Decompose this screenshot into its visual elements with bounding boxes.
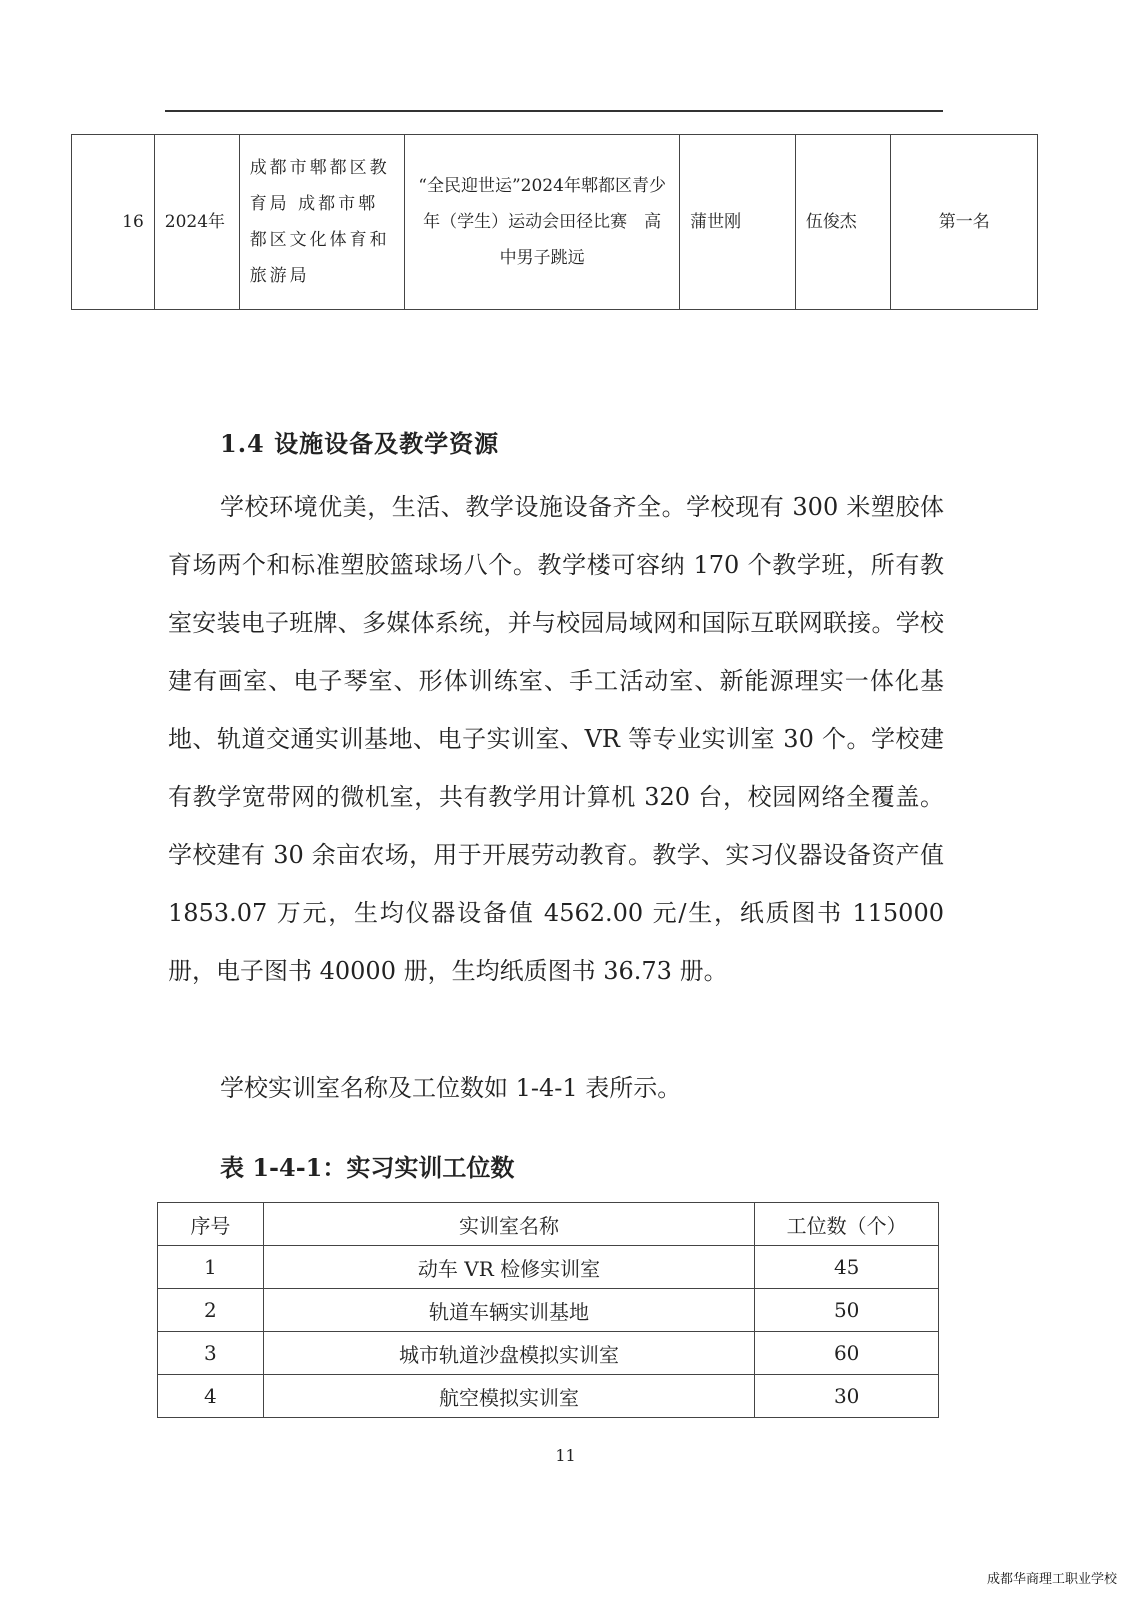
award-student: 伍俊杰 xyxy=(795,135,891,310)
footer-school-name: 成都华商理工职业学校 xyxy=(987,1568,1117,1587)
lab-count: 60 xyxy=(755,1332,939,1375)
table-caption: 表 1-4-1：实习实训工位数 xyxy=(220,1148,514,1183)
table-row: 4 航空模拟实训室 30 xyxy=(158,1375,939,1418)
lab-name: 动车 VR 检修实训室 xyxy=(263,1246,755,1289)
header-count: 工位数（个） xyxy=(755,1203,939,1246)
header-no: 序号 xyxy=(158,1203,264,1246)
award-no: 16 xyxy=(72,135,155,310)
lab-no: 1 xyxy=(158,1246,264,1289)
award-table: 16 2024年 成都市郫都区教育局 成都市郫都区文化体育和旅游局 “全民迎世运… xyxy=(71,134,1038,310)
facilities-paragraph: 学校环境优美，生活、教学设施设备齐全。学校现有 300 米塑胶体育场两个和标准塑… xyxy=(168,478,944,1000)
lab-table: 序号 实训室名称 工位数（个） 1 动车 VR 检修实训室 45 2 轨道车辆实… xyxy=(157,1202,939,1418)
lab-count: 50 xyxy=(755,1289,939,1332)
table-row: 1 动车 VR 检修实训室 45 xyxy=(158,1246,939,1289)
award-year: 2024年 xyxy=(154,135,239,310)
section-title: 1.4 设施设备及教学资源 xyxy=(220,424,499,459)
lab-no: 2 xyxy=(158,1289,264,1332)
page-number: 11 xyxy=(0,1446,1131,1465)
lab-count: 45 xyxy=(755,1246,939,1289)
lab-no: 3 xyxy=(158,1332,264,1375)
table-row: 2 轨道车辆实训基地 50 xyxy=(158,1289,939,1332)
header-name: 实训室名称 xyxy=(263,1203,755,1246)
lab-name: 航空模拟实训室 xyxy=(263,1375,755,1418)
lab-name: 轨道车辆实训基地 xyxy=(263,1289,755,1332)
table-header-row: 序号 实训室名称 工位数（个） xyxy=(158,1203,939,1246)
award-event: “全民迎世运”2024年郫都区青少年（学生）运动会田径比赛 高中男子跳远 xyxy=(405,135,680,310)
table-row: 3 城市轨道沙盘模拟实训室 60 xyxy=(158,1332,939,1375)
header-rule xyxy=(165,110,943,112)
award-organizer: 成都市郫都区教育局 成都市郫都区文化体育和旅游局 xyxy=(239,135,404,310)
table-row: 16 2024年 成都市郫都区教育局 成都市郫都区文化体育和旅游局 “全民迎世运… xyxy=(72,135,1038,310)
award-teacher: 蒲世刚 xyxy=(680,135,796,310)
lab-name: 城市轨道沙盘模拟实训室 xyxy=(263,1332,755,1375)
lab-no: 4 xyxy=(158,1375,264,1418)
table-intro-paragraph: 学校实训室名称及工位数如 1-4-1 表所示。 xyxy=(220,1059,996,1117)
award-result: 第一名 xyxy=(891,135,1038,310)
lab-count: 30 xyxy=(755,1375,939,1418)
